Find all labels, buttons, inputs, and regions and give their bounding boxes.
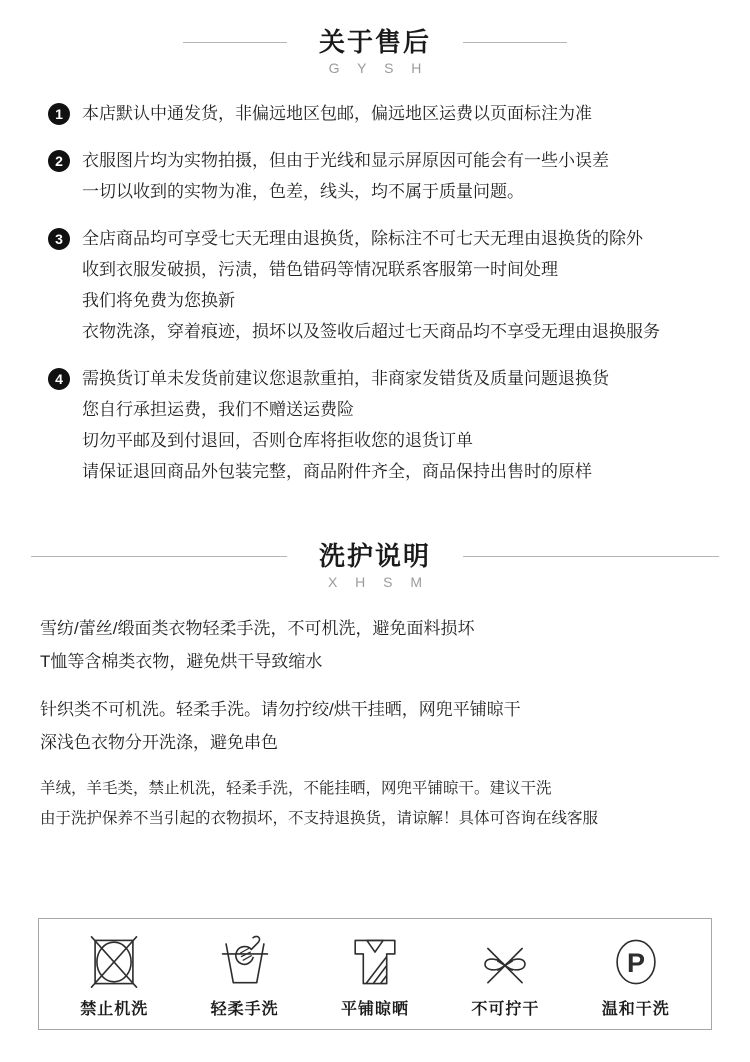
washing-notes: 雪纺/蕾丝/缎面类衣物轻柔手洗，不可机洗，避免面料损坏 T恤等含棉类衣物，避免烘… xyxy=(40,612,750,834)
washing-line: 由于洗护保养不当引起的衣物损坏，不支持退换货，请谅解！具体可咨询在线客服 xyxy=(40,804,750,834)
divider-line-left xyxy=(183,42,287,43)
after-sales-list: 1 本店默认中通发货，非偏远地区包邮，偏远地区运费以页面标注为准 2 衣服图片均… xyxy=(48,98,750,487)
care-label: 不可拧干 xyxy=(471,996,539,1019)
washing-paragraph-3: 羊绒，羊毛类，禁止机洗，轻柔手洗，不能挂晒，网兜平铺晾干。建议干洗 由于洗护保养… xyxy=(40,774,750,834)
care-label: 平铺晾晒 xyxy=(341,996,409,1019)
washing-paragraph-2: 针织类不可机洗。轻柔手洗。请勿拧绞/烘干挂晒，网兜平铺晾干 深浅色衣物分开洗涤，… xyxy=(40,693,750,759)
after-sales-item-4: 4 需换货订单未发货前建议您退款重拍，非商家发错货及质量问题退换货 您自行承担运… xyxy=(48,363,750,487)
after-sales-subtitle: G Y S H xyxy=(0,60,750,76)
no-wring-icon xyxy=(478,933,532,991)
after-sales-item-2: 2 衣服图片均为实物拍摄，但由于光线和显示屏原因可能会有一些小误差 一切以收到的… xyxy=(48,145,750,207)
item-line: 衣物洗涤，穿着痕迹，损坏以及签收后超过七天商品均不享受无理由退换服务 xyxy=(82,316,750,347)
washing-line: 雪纺/蕾丝/缎面类衣物轻柔手洗，不可机洗，避免面料损坏 xyxy=(40,612,750,645)
care-item-gentle-dry-clean: P 温和干洗 xyxy=(602,933,670,1019)
item-line: 衣服图片均为实物拍摄，但由于光线和显示屏原因可能会有一些小误差 xyxy=(82,145,750,176)
divider-line-right xyxy=(463,556,719,557)
item-number-badge: 2 xyxy=(48,150,70,172)
care-item-no-machine-wash: 禁止机洗 xyxy=(80,933,148,1019)
after-sales-item-1: 1 本店默认中通发货，非偏远地区包邮，偏远地区运费以页面标注为准 xyxy=(48,98,750,129)
care-item-dry-flat: 平铺晾晒 xyxy=(341,933,409,1019)
gentle-dry-clean-icon: P xyxy=(609,933,663,991)
washing-title: 洗护说明 xyxy=(319,541,431,571)
no-machine-wash-icon xyxy=(87,933,141,991)
item-line: 请保证退回商品外包装完整，商品附件齐全，商品保持出售时的原样 xyxy=(82,456,750,487)
washing-header: 洗护说明 X H S M xyxy=(0,503,750,590)
dry-flat-icon xyxy=(348,933,402,991)
item-line: 您自行承担运费，我们不赠送运费险 xyxy=(82,394,750,425)
after-sales-title: 关于售后 xyxy=(319,27,431,57)
item-number-badge: 3 xyxy=(48,228,70,250)
care-item-no-wring: 不可拧干 xyxy=(471,933,539,1019)
item-line: 一切以收到的实物为准，色差，线头，均不属于质量问题。 xyxy=(82,176,750,207)
care-label: 温和干洗 xyxy=(602,996,670,1019)
care-symbols-box: 禁止机洗 轻柔手洗 平铺晾晒 xyxy=(38,918,712,1030)
care-label: 轻柔手洗 xyxy=(211,996,279,1019)
divider-line-right xyxy=(463,42,567,43)
care-item-hand-wash: 轻柔手洗 xyxy=(211,933,279,1019)
item-line: 切勿平邮及到付退回，否则仓库将拒收您的退货订单 xyxy=(82,425,750,456)
care-label: 禁止机洗 xyxy=(80,996,148,1019)
item-line: 收到衣服发破损，污渍，错色错码等情况联系客服第一时间处理 xyxy=(82,254,750,285)
washing-paragraph-1: 雪纺/蕾丝/缎面类衣物轻柔手洗，不可机洗，避免面料损坏 T恤等含棉类衣物，避免烘… xyxy=(40,612,750,678)
item-line: 全店商品均可享受七天无理由退换货，除标注不可七天无理由退换货的除外 xyxy=(82,223,750,254)
product-aftersale-page: 关于售后 G Y S H 1 本店默认中通发货，非偏远地区包邮，偏远地区运费以页… xyxy=(0,0,750,1062)
washing-subtitle: X H S M xyxy=(0,574,750,590)
washing-line: 针织类不可机洗。轻柔手洗。请勿拧绞/烘干挂晒，网兜平铺晾干 xyxy=(40,693,750,726)
after-sales-header: 关于售后 G Y S H xyxy=(0,0,750,76)
item-line: 我们将免费为您换新 xyxy=(82,285,750,316)
dry-clean-letter: P xyxy=(627,948,645,978)
item-line: 本店默认中通发货，非偏远地区包邮，偏远地区运费以页面标注为准 xyxy=(82,98,750,129)
washing-line: 深浅色衣物分开洗涤，避免串色 xyxy=(40,726,750,759)
washing-line: T恤等含棉类衣物，避免烘干导致缩水 xyxy=(40,645,750,678)
item-number-badge: 4 xyxy=(48,368,70,390)
washing-line: 羊绒，羊毛类，禁止机洗，轻柔手洗，不能挂晒，网兜平铺晾干。建议干洗 xyxy=(40,774,750,804)
item-number-badge: 1 xyxy=(48,103,70,125)
hand-wash-icon xyxy=(218,933,272,991)
divider-line-left xyxy=(31,556,287,557)
after-sales-item-3: 3 全店商品均可享受七天无理由退换货，除标注不可七天无理由退换货的除外 收到衣服… xyxy=(48,223,750,347)
item-line: 需换货订单未发货前建议您退款重拍，非商家发错货及质量问题退换货 xyxy=(82,363,750,394)
